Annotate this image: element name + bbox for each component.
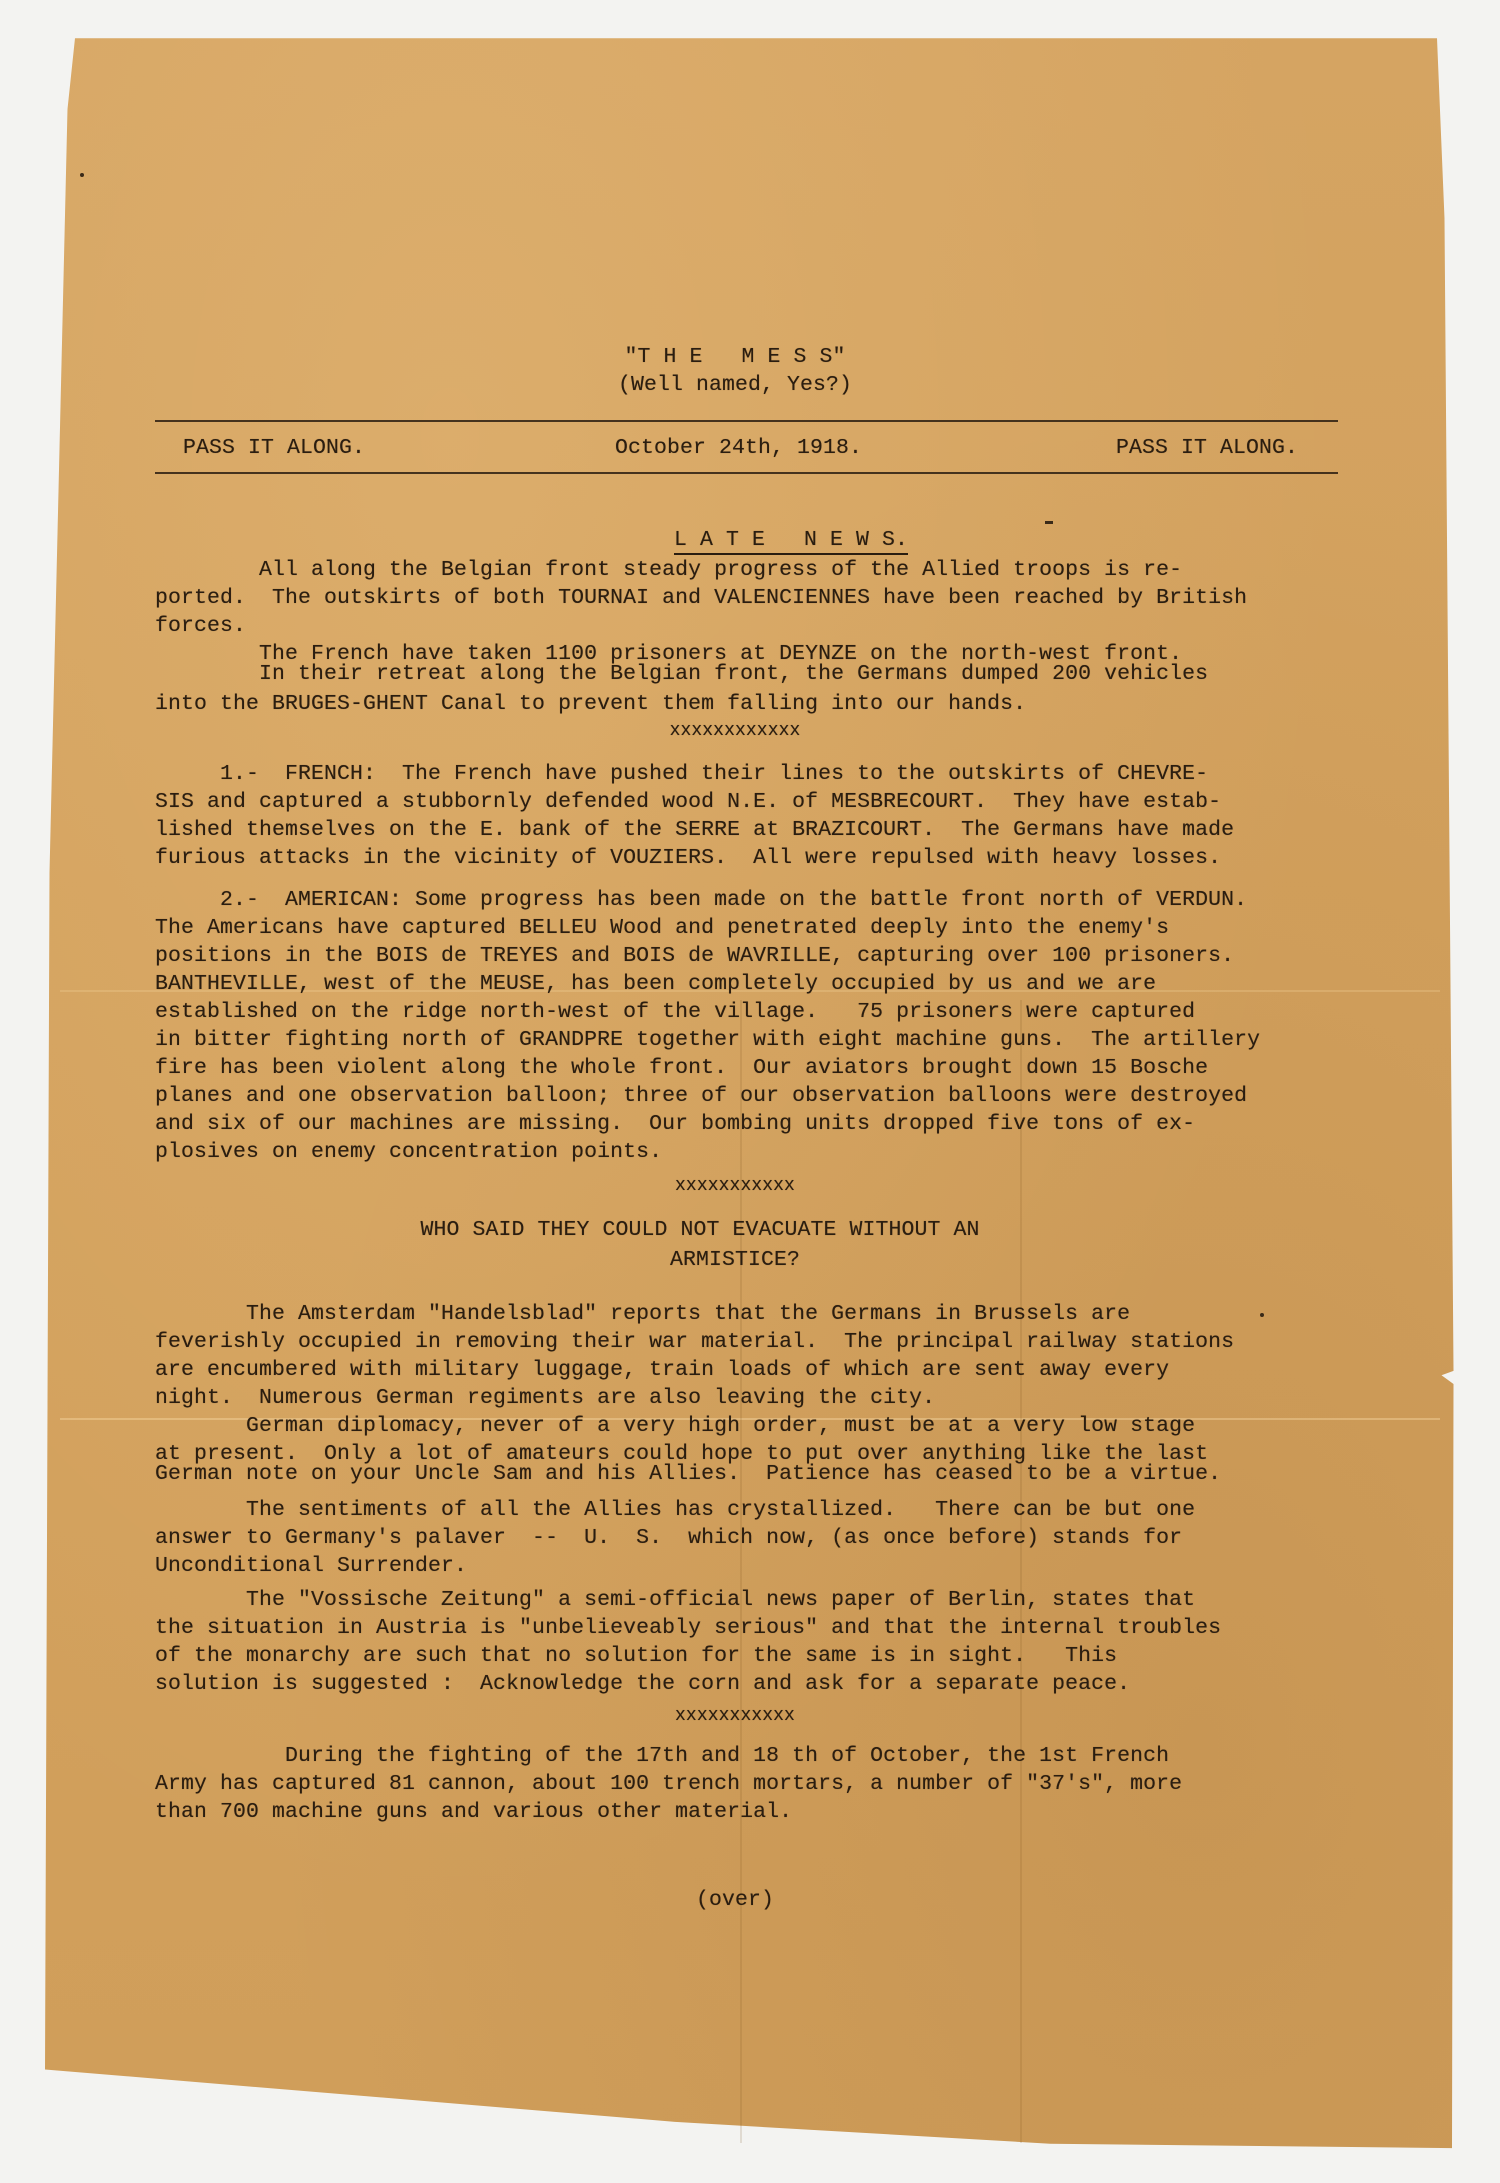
section-heading-evacuate-line1: WHO SAID THEY COULD NOT EVACUATE WITHOUT…: [0, 1216, 1400, 1244]
section-heading-evacuate-line2: ARMISTICE?: [0, 1246, 1470, 1274]
masthead-subtitle: (Well named, Yes?): [0, 371, 1470, 399]
scanned-page: "T H E M E S S" (Well named, Yes?) PASS …: [0, 0, 1500, 2183]
masthead-title: "T H E M E S S": [0, 343, 1470, 371]
top-rule: [155, 420, 1338, 422]
text-line: The "Vossische Zeitung" a semi-official …: [155, 1586, 1195, 1614]
section-heading-late-news: L A T E N E W S.: [674, 528, 908, 555]
text-line: solution is suggested : Acknowledge the …: [155, 1670, 1130, 1698]
text-line: ported. The outskirts of both TOURNAI an…: [155, 584, 1247, 612]
text-line: in bitter fighting north of GRANDPRE tog…: [155, 1026, 1260, 1054]
text-line: The Americans have captured BELLEU Wood …: [155, 914, 1169, 942]
text-line: During the fighting of the 17th and 18 t…: [155, 1742, 1169, 1770]
bottom-rule: [155, 472, 1338, 474]
text-line: plosives on enemy concentration points.: [155, 1138, 662, 1166]
text-line: Army has captured 81 cannon, about 100 t…: [155, 1770, 1182, 1798]
text-line: The Amsterdam "Handelsblad" reports that…: [155, 1300, 1130, 1328]
text-line: are encumbered with military luggage, tr…: [155, 1356, 1169, 1384]
text-line: 1.- FRENCH: The French have pushed their…: [155, 760, 1208, 788]
text-line: lished themselves on the E. bank of the …: [155, 816, 1234, 844]
text-line: German note on your Uncle Sam and his Al…: [155, 1460, 1221, 1488]
text-line: forces.: [155, 612, 246, 640]
banner-date: October 24th, 1918.: [615, 434, 862, 462]
text-line: 2.- AMERICAN: Some progress has been mad…: [155, 886, 1247, 914]
text-line: SIS and captured a stubbornly defended w…: [155, 788, 1221, 816]
text-line: BANTHEVILLE, west of the MEUSE, has been…: [155, 970, 1156, 998]
text-line: furious attacks in the vicinity of VOUZI…: [155, 844, 1221, 872]
footer-over: (over): [0, 1886, 1470, 1914]
ink-speck: [80, 173, 84, 177]
text-line: planes and one observation balloon; thre…: [155, 1082, 1247, 1110]
text-line: The sentiments of all the Allies has cry…: [155, 1496, 1195, 1524]
separator: xxxxxxxxxxx: [0, 1702, 1470, 1730]
text-line: feverishly occupied in removing their wa…: [155, 1328, 1234, 1356]
text-line: night. Numerous German regiments are als…: [155, 1384, 935, 1412]
ink-speck: [1260, 1313, 1264, 1317]
text-line: established on the ridge north-west of t…: [155, 998, 1195, 1026]
banner-right: PASS IT ALONG.: [1116, 434, 1298, 462]
text-line: than 700 machine guns and various other …: [155, 1798, 792, 1826]
text-line: In their retreat along the Belgian front…: [155, 660, 1208, 688]
text-line: of the monarchy are such that no solutio…: [155, 1642, 1117, 1670]
text-line: and six of our machines are missing. Our…: [155, 1110, 1195, 1138]
separator: xxxxxxxxxxxx: [0, 717, 1470, 745]
text-line: German diplomacy, never of a very high o…: [155, 1412, 1195, 1440]
text-line: Unconditional Surrender.: [155, 1552, 467, 1580]
text-line: fire has been violent along the whole fr…: [155, 1054, 1208, 1082]
text-line: All along the Belgian front steady progr…: [155, 556, 1182, 584]
text-line: positions in the BOIS de TREYES and BOIS…: [155, 942, 1234, 970]
text-line: the situation in Austria is "unbelieveab…: [155, 1614, 1221, 1642]
banner-left: PASS IT ALONG.: [183, 434, 365, 462]
text-line: answer to Germany's palaver -- U. S. whi…: [155, 1524, 1182, 1552]
separator: xxxxxxxxxxx: [0, 1172, 1470, 1200]
text-line: into the BRUGES-GHENT Canal to prevent t…: [155, 690, 1026, 718]
